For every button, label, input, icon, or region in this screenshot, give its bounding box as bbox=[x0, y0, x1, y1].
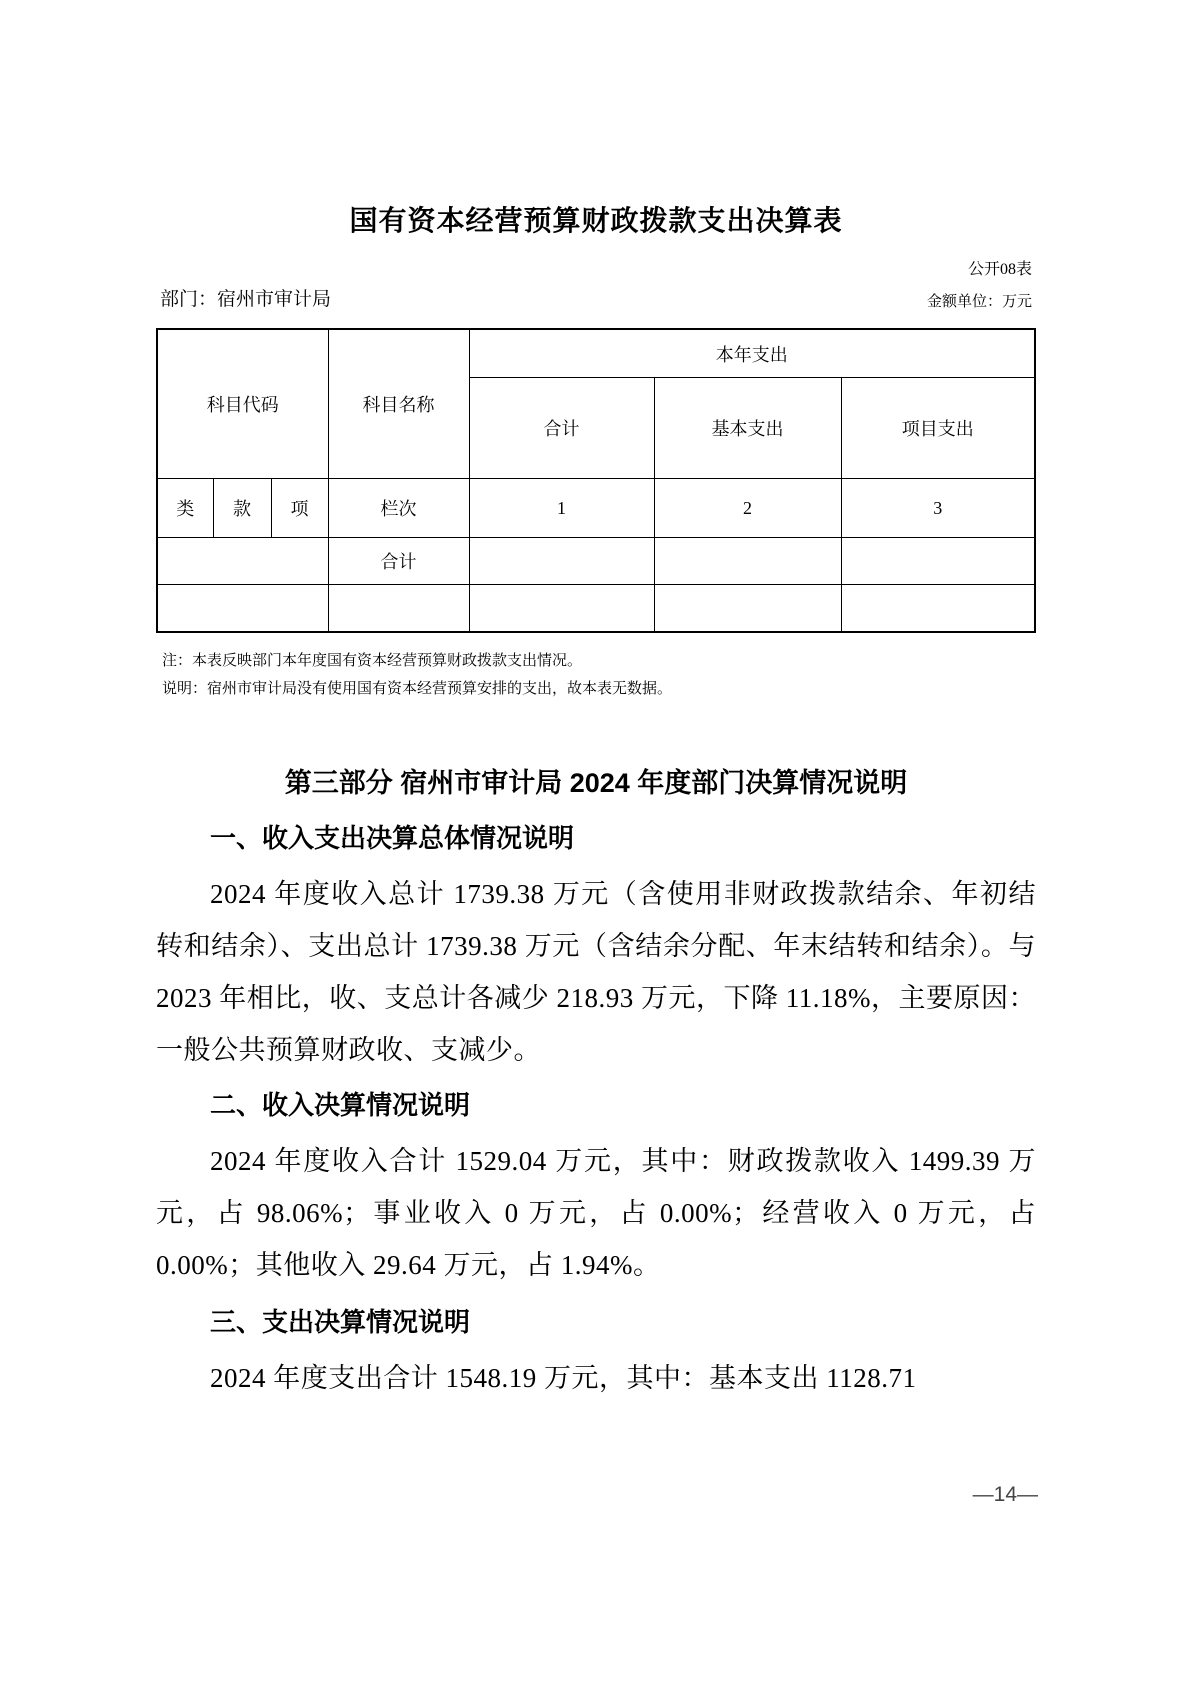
subheader-section: 款 bbox=[213, 479, 271, 538]
amount-unit-label: 金额单位：万元 bbox=[927, 292, 1036, 312]
subsection-two-heading: 二、收入决算情况说明 bbox=[156, 1088, 1036, 1123]
subsection-two-paragraph: 2024 年度收入合计 1529.04 万元，其中：财政拨款收入 1499.39… bbox=[156, 1135, 1036, 1291]
department-label: 部门：宿州市审计局 bbox=[156, 288, 331, 312]
row-basic-cell bbox=[654, 538, 841, 585]
table-row: 合计 bbox=[157, 538, 1035, 585]
table-notes: 注：本表反映部门本年度国有资本经营预算财政拨款支出情况。 说明：宿州市审计局没有… bbox=[156, 647, 1036, 703]
row-total-cell bbox=[469, 538, 654, 585]
table-header-row-1: 科目代码 科目名称 本年支出 bbox=[157, 329, 1035, 378]
row-name-cell bbox=[328, 585, 469, 633]
section-three-heading: 第三部分 宿州市审计局 2024 年度部门决算情况说明 bbox=[156, 765, 1036, 801]
row-code-cell bbox=[157, 585, 328, 633]
row-code-cell bbox=[157, 538, 328, 585]
header-current-year-expenditure: 本年支出 bbox=[469, 329, 1035, 378]
table-row bbox=[157, 585, 1035, 633]
row-name-cell: 合计 bbox=[328, 538, 469, 585]
expenditure-table: 科目代码 科目名称 本年支出 合计 基本支出 项目支出 类 款 项 栏次 1 2… bbox=[156, 328, 1036, 633]
subheader-column-label: 栏次 bbox=[328, 479, 469, 538]
table-title: 国有资本经营预算财政拨款支出决算表 bbox=[156, 202, 1036, 240]
header-subject-code: 科目代码 bbox=[157, 329, 328, 479]
form-code-label: 公开08表 bbox=[156, 260, 1036, 280]
page-number: —14— bbox=[973, 1483, 1038, 1507]
header-project-expenditure: 项目支出 bbox=[841, 378, 1035, 479]
subheader-col-2: 2 bbox=[654, 479, 841, 538]
subsection-one-heading: 一、收入支出决算总体情况说明 bbox=[156, 821, 1036, 856]
row-basic-cell bbox=[654, 585, 841, 633]
subheader-category: 类 bbox=[157, 479, 213, 538]
subsection-three-heading: 三、支出决算情况说明 bbox=[156, 1305, 1036, 1340]
note-line: 注：本表反映部门本年度国有资本经营预算财政拨款支出情况。 bbox=[162, 647, 1036, 675]
header-subject-name: 科目名称 bbox=[328, 329, 469, 479]
explanation-line: 说明：宿州市审计局没有使用国有资本经营预算安排的支出，故本表无数据。 bbox=[162, 675, 1036, 703]
row-total-cell bbox=[469, 585, 654, 633]
subsection-three-paragraph: 2024 年度支出合计 1548.19 万元，其中：基本支出 1128.71 bbox=[156, 1352, 1036, 1404]
subheader-col-3: 3 bbox=[841, 479, 1035, 538]
document-page: 国有资本经营预算财政拨款支出决算表 公开08表 部门：宿州市审计局 金额单位：万… bbox=[0, 0, 1190, 1683]
table-meta-row: 部门：宿州市审计局 金额单位：万元 bbox=[156, 288, 1036, 312]
row-project-cell bbox=[841, 585, 1035, 633]
subsection-one-paragraph: 2024 年度收入总计 1739.38 万元（含使用非财政拨款结余、年初结转和结… bbox=[156, 868, 1036, 1076]
subheader-item: 项 bbox=[271, 479, 328, 538]
header-total: 合计 bbox=[469, 378, 654, 479]
header-basic-expenditure: 基本支出 bbox=[654, 378, 841, 479]
page-content: 国有资本经营预算财政拨款支出决算表 公开08表 部门：宿州市审计局 金额单位：万… bbox=[156, 0, 1036, 1404]
table-subheader-row: 类 款 项 栏次 1 2 3 bbox=[157, 479, 1035, 538]
subheader-col-1: 1 bbox=[469, 479, 654, 538]
row-project-cell bbox=[841, 538, 1035, 585]
